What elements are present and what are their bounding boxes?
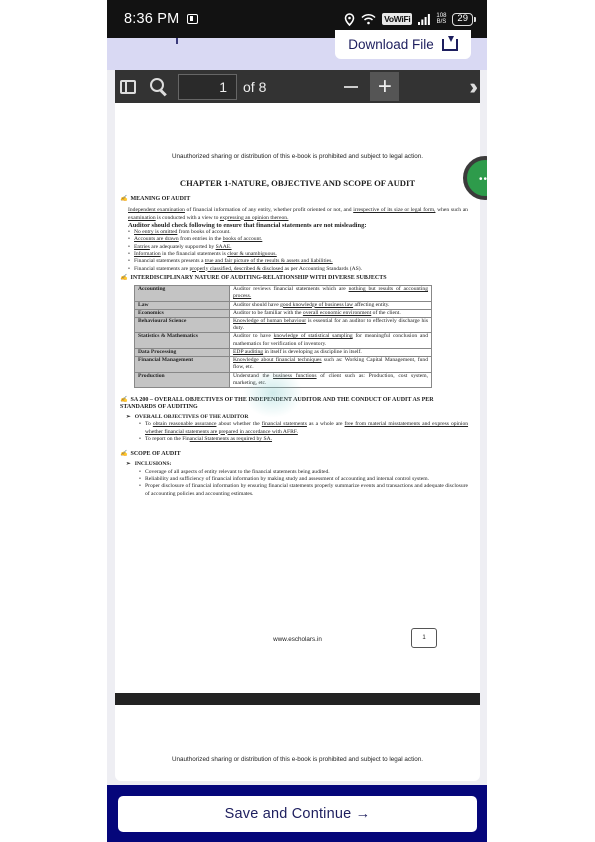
notification-icon	[187, 14, 198, 24]
page-number-input[interactable]: 1	[178, 74, 237, 100]
search-icon[interactable]	[150, 78, 168, 96]
description-cell: Knowledge about financial techniques suc…	[230, 357, 432, 372]
table-row: ProductionUnderstand the business functi…	[135, 372, 432, 387]
table-row: Statistics & MathematicsAuditor to have …	[135, 333, 432, 348]
list-item: To report on the Financial Statements as…	[139, 436, 468, 443]
page-content: ✍MEANING OF AUDIT Independent examinatio…	[120, 196, 468, 498]
subject-cell: Economics	[135, 309, 230, 317]
section-sa200-heading: ✍SA 200 – OVERALL OBJECTIVES OF THE INDE…	[120, 397, 468, 412]
list-item: Financial statements presents a true and…	[128, 258, 468, 265]
subject-cell: Data Processing	[135, 348, 230, 356]
description-cell: Understand the business functions of cli…	[230, 372, 432, 387]
save-and-continue-button[interactable]: Save and Continue →	[118, 796, 477, 832]
more-tools-icon[interactable]: ››	[469, 76, 472, 98]
list-item: Coverage of all aspects of entity releva…	[139, 469, 468, 476]
table-row: EconomicsAuditor to be familiar with the…	[135, 309, 432, 317]
pdf-toolbar: 1 of 8 + ››	[115, 70, 480, 103]
location-icon	[344, 13, 355, 26]
subject-cell: Behavioural Science	[135, 318, 230, 333]
signal-icon	[418, 14, 430, 25]
page-separator	[115, 693, 480, 705]
list-item: Entries are adequately supported by SAAE…	[128, 244, 468, 251]
table-row: Behavioural ScienceKnowledge of human be…	[135, 318, 432, 333]
zoom-in-button[interactable]: +	[370, 72, 399, 101]
pdf-page-1: Unauthorized sharing or distribution of …	[115, 103, 480, 693]
bottom-bar: Save and Continue →	[107, 785, 487, 842]
wifi-icon	[361, 13, 376, 25]
subject-cell: Law	[135, 301, 230, 309]
list-item: To obtain reasonable assurance about whe…	[139, 421, 468, 436]
sa200-list: To obtain reasonable assurance about whe…	[139, 421, 468, 443]
vowifi-badge: VoWiFi	[382, 13, 412, 25]
table-row: Data ProcessingEDP auditing in itself is…	[135, 348, 432, 356]
zoom-out-button[interactable]	[344, 86, 358, 88]
page-total-label: of 8	[243, 79, 266, 95]
download-file-button[interactable]: Download File	[335, 30, 471, 59]
description-cell: Auditor to be familiar with the overall …	[230, 309, 432, 317]
disclaimer-text: Unauthorized sharing or distribution of …	[115, 756, 480, 763]
section-scope-heading: ✍SCOPE OF AUDIT	[120, 451, 468, 458]
subjects-table: AccountingAuditor reviews financial stat…	[134, 285, 432, 388]
table-row: LawAuditor should have good knowledge of…	[135, 301, 432, 309]
scope-subheading: ➢INCLUSIONS:	[126, 461, 468, 468]
description-cell: Knowledge of human behaviour is essentia…	[230, 318, 432, 333]
description-cell: Auditor should have good knowledge of bu…	[230, 301, 432, 309]
page-number-box: 1	[411, 628, 437, 648]
description-cell: EDP auditing in itself is developing as …	[230, 348, 432, 356]
phone-screen: 8:36 PM VoWiFi 108 B/S 29 Download File	[107, 0, 487, 842]
section-meaning-heading: ✍MEANING OF AUDIT	[120, 196, 468, 203]
description-cell: Auditor reviews financial statements whi…	[230, 286, 432, 301]
list-item: Accounts are drawn from entries in the b…	[128, 236, 468, 243]
table-row: AccountingAuditor reviews financial stat…	[135, 286, 432, 301]
pdf-viewer[interactable]: Unauthorized sharing or distribution of …	[107, 103, 487, 785]
subject-cell: Accounting	[135, 286, 230, 301]
list-item: Proper disclosure of financial informati…	[139, 483, 468, 498]
header-partial-text	[176, 38, 178, 44]
subject-cell: Production	[135, 372, 230, 387]
status-time: 8:36 PM	[124, 11, 179, 27]
sidebar-toggle-icon[interactable]	[120, 80, 136, 94]
section-interdisciplinary-heading: ✍INTERDISCIPLINARY NATURE OF AUDITING-RE…	[120, 275, 468, 282]
subject-cell: Statistics & Mathematics	[135, 333, 230, 348]
pdf-page-2: Unauthorized sharing or distribution of …	[115, 705, 480, 781]
scope-list: Coverage of all aspects of entity releva…	[139, 469, 468, 498]
header-band: Download File	[107, 38, 487, 70]
subject-cell: Financial Management	[135, 357, 230, 372]
meaning-paragraph: Independent examination of financial inf…	[128, 207, 468, 222]
net-speed: 108 B/S	[436, 13, 446, 25]
battery-indicator: 29	[452, 13, 473, 26]
disclaimer-text: Unauthorized sharing or distribution of …	[115, 153, 480, 160]
table-row: Financial ManagementKnowledge about fina…	[135, 357, 432, 372]
download-icon	[442, 39, 458, 51]
chapter-title: CHAPTER 1-NATURE, OBJECTIVE AND SCOPE OF…	[115, 178, 480, 188]
check-list: No entry is omitted from books of accoun…	[128, 229, 468, 273]
more-dots-icon: ••	[479, 175, 487, 185]
list-item: Financial statements are properly classi…	[128, 266, 468, 273]
description-cell: Auditor to have knowledge of statistical…	[230, 333, 432, 348]
